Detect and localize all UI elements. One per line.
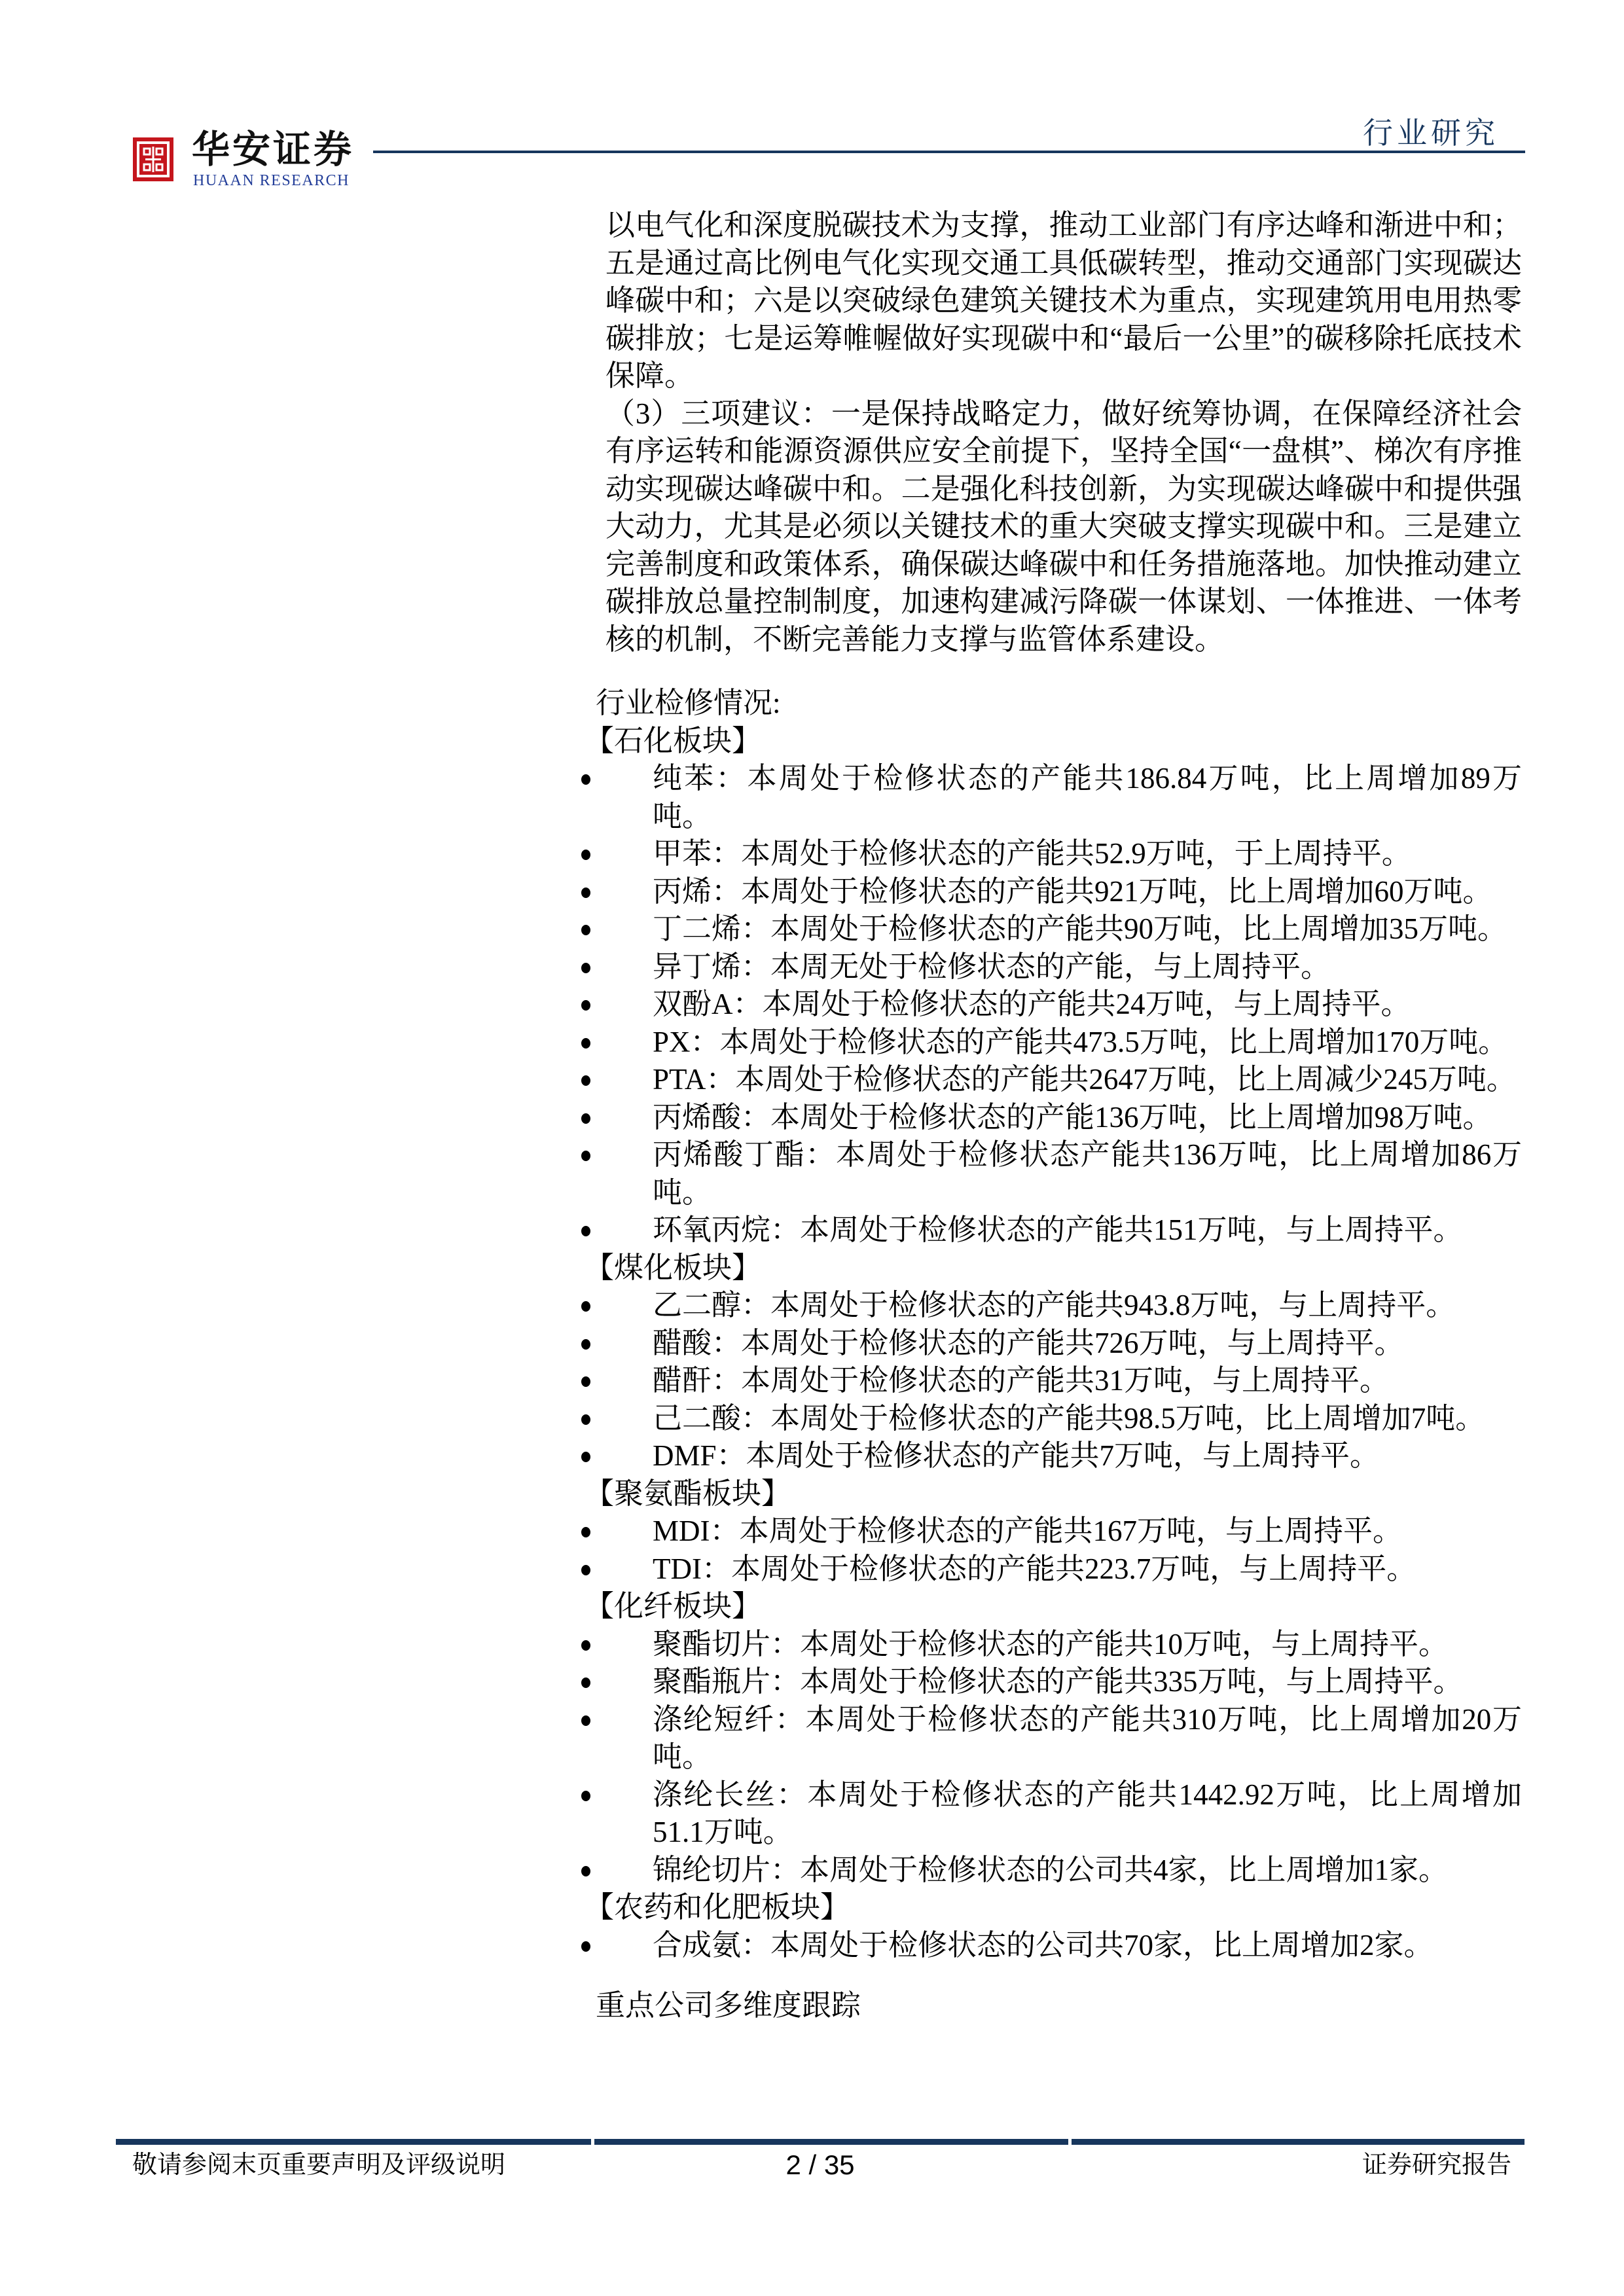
logo-cn-text: 华安证券 <box>192 131 354 169</box>
maintenance-item-text: 涤纶短纤：本周处于检修状态的产能共310万吨，比上周增加20万吨。 <box>653 1701 1522 1776</box>
maintenance-item: 聚酯瓶片：本周处于检修状态的产能共335万吨，与上周持平。 <box>579 1663 1522 1701</box>
maintenance-item-text: 丙烯：本周处于检修状态的产能共921万吨，比上周增加60万吨。 <box>653 873 1522 911</box>
footer-divider-segment <box>1072 2139 1525 2145</box>
maintenance-item: 醋酸：本周处于检修状态的产能共726万吨，与上周持平。 <box>579 1325 1522 1363</box>
maintenance-item-text: DMF：本周处于检修状态的产能共7万吨，与上周持平。 <box>653 1437 1522 1475</box>
logo-en-text: HUAAN RESEARCH <box>193 172 350 189</box>
maintenance-item-text: 乙二醇：本周处于检修状态的产能共943.8万吨，与上周持平。 <box>653 1287 1522 1325</box>
maintenance-item-text: 环氧丙烷：本周处于检修状态的产能共151万吨，与上周持平。 <box>653 1211 1522 1249</box>
bullet-icon <box>581 1565 590 1575</box>
maintenance-item: 己二酸：本周处于检修状态的产能共98.5万吨，比上周增加7吨。 <box>579 1400 1522 1438</box>
maintenance-item-text: 聚酯瓶片：本周处于检修状态的产能共335万吨，与上周持平。 <box>653 1663 1522 1701</box>
maintenance-item: 聚酯切片：本周处于检修状态的产能共10万吨，与上周持平。 <box>579 1626 1522 1664</box>
maintenance-item-text: 己二酸：本周处于检修状态的产能共98.5万吨，比上周增加7吨。 <box>653 1400 1522 1438</box>
bullet-icon <box>581 1715 590 1726</box>
footer-divider-segment <box>594 2139 1068 2145</box>
bullet-icon <box>581 1677 590 1688</box>
bullet-icon <box>581 963 590 973</box>
maintenance-item: TDI：本周处于检修状态的产能共223.7万吨，与上周持平。 <box>579 1551 1522 1588</box>
footer-disclaimer: 敬请参阅末页重要声明及评级说明 <box>132 2149 505 2181</box>
report-body: 以电气化和深度脱碳技术为支撑，推动工业部门有序达峰和渐进中和；五是通过高比例电气… <box>579 207 1522 2025</box>
footer-divider <box>116 2139 1525 2145</box>
maintenance-sections: 【石化板块】纯苯：本周处于检修状态的产能共186.84万吨，比上周增加89万吨。… <box>579 723 1522 1965</box>
maintenance-item-text: 丁二烯：本周处于检修状态的产能共90万吨，比上周增加35万吨。 <box>653 910 1522 948</box>
maintenance-item-text: 甲苯：本周处于检修状态的产能共52.9万吨，于上周持平。 <box>653 835 1522 873</box>
maintenance-item: 环氧丙烷：本周处于检修状态的产能共151万吨，与上周持平。 <box>579 1211 1522 1249</box>
bullet-icon <box>581 1376 590 1387</box>
maintenance-item: DMF：本周处于检修状态的产能共7万吨，与上周持平。 <box>579 1437 1522 1475</box>
maintenance-item: PX：本周处于检修状态的产能共473.5万吨，比上周增加170万吨。 <box>579 1024 1522 1062</box>
section-header: 【化纤板块】 <box>585 1588 1522 1626</box>
bullet-icon <box>581 1000 590 1011</box>
huaan-seal-icon <box>133 137 173 181</box>
maintenance-item-text: PTA：本周处于检修状态的产能共2647万吨，比上周减少245万吨。 <box>653 1061 1522 1099</box>
maintenance-item-text: 聚酯切片：本周处于检修状态的产能共10万吨，与上周持平。 <box>653 1626 1522 1664</box>
maintenance-item-text: 锦纶切片：本周处于检修状态的公司共4家，比上周增加1家。 <box>653 1852 1522 1890</box>
maintenance-item: 合成氨：本周处于检修状态的公司共70家，比上周增加2家。 <box>579 1927 1522 1965</box>
bullet-icon <box>581 1301 590 1312</box>
maintenance-item: 丙烯：本周处于检修状态的产能共921万吨，比上周增加60万吨。 <box>579 873 1522 911</box>
bullet-icon <box>581 1791 590 1801</box>
bullet-icon <box>581 1414 590 1425</box>
section-header: 【聚氨酯板块】 <box>585 1475 1522 1513</box>
report-page: 华安证券 HUAAN RESEARCH 行业研究 以电气化和深度脱碳技术为支撑，… <box>0 0 1624 2296</box>
body-paragraph: 以电气化和深度脱碳技术为支撑，推动工业部门有序达峰和渐进中和；五是通过高比例电气… <box>605 207 1522 395</box>
bullet-icon <box>581 1113 590 1124</box>
closing-title: 重点公司多维度跟踪 <box>596 1987 1522 2025</box>
footer-report-type: 证券研究报告 <box>1362 2149 1511 2181</box>
section-header: 【农药和化肥板块】 <box>585 1889 1522 1927</box>
page-number: 2 / 35 <box>785 2149 854 2181</box>
maintenance-item: 异丁烯：本周无处于检修状态的产能，与上周持平。 <box>579 948 1522 986</box>
maintenance-item: 纯苯：本周处于检修状态的产能共186.84万吨，比上周增加89万吨。 <box>579 760 1522 835</box>
maintenance-item-text: TDI：本周处于检修状态的产能共223.7万吨，与上周持平。 <box>653 1551 1522 1588</box>
bullet-icon <box>581 850 590 860</box>
bullet-icon <box>581 1038 590 1049</box>
bullet-icon <box>581 1640 590 1651</box>
section-header: 【煤化板块】 <box>585 1249 1522 1287</box>
maintenance-item: 锦纶切片：本周处于检修状态的公司共4家，比上周增加1家。 <box>579 1852 1522 1890</box>
bullet-icon <box>581 1866 590 1876</box>
section-header: 【石化板块】 <box>585 723 1522 761</box>
summary-paragraphs: 以电气化和深度脱碳技术为支撑，推动工业部门有序达峰和渐进中和；五是通过高比例电气… <box>579 207 1522 658</box>
bullet-icon <box>581 925 590 935</box>
maintenance-item: 双酚A：本周处于检修状态的产能共24万吨，与上周持平。 <box>579 986 1522 1024</box>
maintenance-item: 丙烯酸丁酯：本周处于检修状态产能共136万吨，比上周增加86万吨。 <box>579 1136 1522 1211</box>
maintenance-item: 涤纶长丝：本周处于检修状态的产能共1442.92万吨，比上周增加51.1万吨。 <box>579 1776 1522 1852</box>
maintenance-item: 甲苯：本周处于检修状态的产能共52.9万吨，于上周持平。 <box>579 835 1522 873</box>
maintenance-item: PTA：本周处于检修状态的产能共2647万吨，比上周减少245万吨。 <box>579 1061 1522 1099</box>
maintenance-item-text: 异丁烯：本周无处于检修状态的产能，与上周持平。 <box>653 948 1522 986</box>
bullet-icon <box>581 1339 590 1350</box>
header-divider <box>373 151 1525 153</box>
maintenance-title: 行业检修情况: <box>596 685 1522 723</box>
maintenance-item: 醋酐：本周处于检修状态的产能共31万吨，与上周持平。 <box>579 1362 1522 1400</box>
maintenance-item-text: 醋酐：本周处于检修状态的产能共31万吨，与上周持平。 <box>653 1362 1522 1400</box>
bullet-icon <box>581 1452 590 1462</box>
bullet-icon <box>581 1151 590 1161</box>
maintenance-item: 乙二醇：本周处于检修状态的产能共943.8万吨，与上周持平。 <box>579 1287 1522 1325</box>
report-type-label: 行业研究 <box>1363 117 1499 151</box>
page-footer: 敬请参阅末页重要声明及评级说明 2 / 35 证券研究报告 <box>116 2149 1525 2189</box>
maintenance-item: 丙烯酸：本周处于检修状态的产能136万吨，比上周增加98万吨。 <box>579 1099 1522 1137</box>
maintenance-item-text: PX：本周处于检修状态的产能共473.5万吨，比上周增加170万吨。 <box>653 1024 1522 1062</box>
footer-divider-segment <box>116 2139 591 2145</box>
bullet-icon <box>581 774 590 785</box>
maintenance-item: MDI：本周处于检修状态的产能共167万吨，与上周持平。 <box>579 1513 1522 1551</box>
maintenance-item-text: 双酚A：本周处于检修状态的产能共24万吨，与上周持平。 <box>653 986 1522 1024</box>
bullet-icon <box>581 1941 590 1952</box>
bullet-icon <box>581 1226 590 1236</box>
maintenance-item-text: 合成氨：本周处于检修状态的公司共70家，比上周增加2家。 <box>653 1927 1522 1965</box>
maintenance-item-text: 醋酸：本周处于检修状态的产能共726万吨，与上周持平。 <box>653 1325 1522 1363</box>
maintenance-item-text: 丙烯酸丁酯：本周处于检修状态产能共136万吨，比上周增加86万吨。 <box>653 1136 1522 1211</box>
maintenance-item: 涤纶短纤：本周处于检修状态的产能共310万吨，比上周增加20万吨。 <box>579 1701 1522 1776</box>
bullet-icon <box>581 1527 590 1537</box>
maintenance-item-text: 丙烯酸：本周处于检修状态的产能136万吨，比上周增加98万吨。 <box>653 1099 1522 1137</box>
bullet-icon <box>581 1075 590 1086</box>
maintenance-item: 丁二烯：本周处于检修状态的产能共90万吨，比上周增加35万吨。 <box>579 910 1522 948</box>
maintenance-item-text: MDI：本周处于检修状态的产能共167万吨，与上周持平。 <box>653 1513 1522 1551</box>
maintenance-item-text: 纯苯：本周处于检修状态的产能共186.84万吨，比上周增加89万吨。 <box>653 760 1522 835</box>
bullet-icon <box>581 888 590 898</box>
maintenance-item-text: 涤纶长丝：本周处于检修状态的产能共1442.92万吨，比上周增加51.1万吨。 <box>653 1776 1522 1852</box>
body-paragraph: （3）三项建议：一是保持战略定力，做好统筹协调，在保障经济社会有序运转和能源资源… <box>605 395 1522 659</box>
